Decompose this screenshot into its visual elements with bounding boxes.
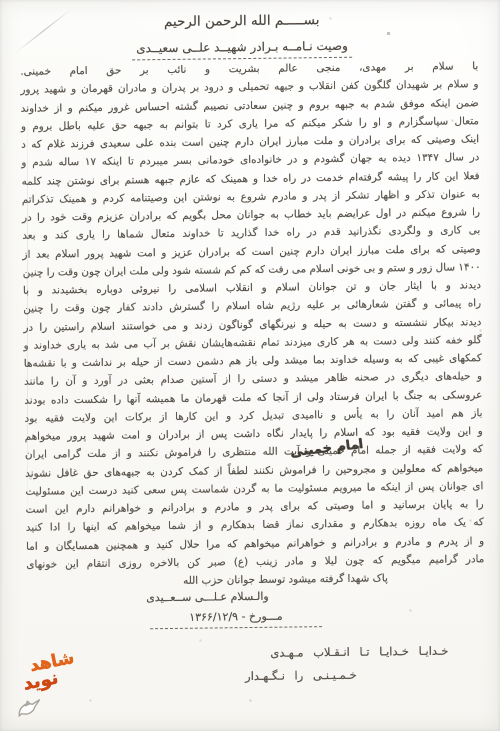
document-title: وصیت نـامــه بـرادر شهیــد علــی سعیــدی [132, 39, 352, 61]
dove-icon [14, 696, 45, 719]
navid-shahed-watermark: شاهد نوید [6, 645, 90, 727]
date-line: مـــورخ - ۱۳۶۶/۱۲/۹ [150, 609, 322, 629]
bismillah-heading: بســـــم الله الرحمن الرحیم [102, 11, 382, 30]
watermark-word-navid: نوید [21, 667, 60, 694]
slogan-line-1: خـدایـا خـدایـا تـا انـقـلاب مـهـدی [270, 644, 448, 660]
slogan-line-2: خـمـیـنـی را نـگـهـدار [245, 668, 357, 683]
document-title-wrap: وصیت نـامــه بـرادر شهیــد علــی سعیــدی [102, 34, 382, 60]
handwritten-body: با سلام بر مهدی، منجی عالم بشریت و نائب … [20, 60, 484, 595]
signature-line: والـسلام عـلـــی ســعــیدی [154, 590, 269, 604]
scanned-will-document: بســـــم الله الرحمن الرحیم وصیت نـامــه… [0, 0, 500, 731]
scan-noise [0, 0, 1, 1]
document-content: بســـــم الله الرحمن الرحیم وصیت نـامــه… [0, 0, 500, 731]
